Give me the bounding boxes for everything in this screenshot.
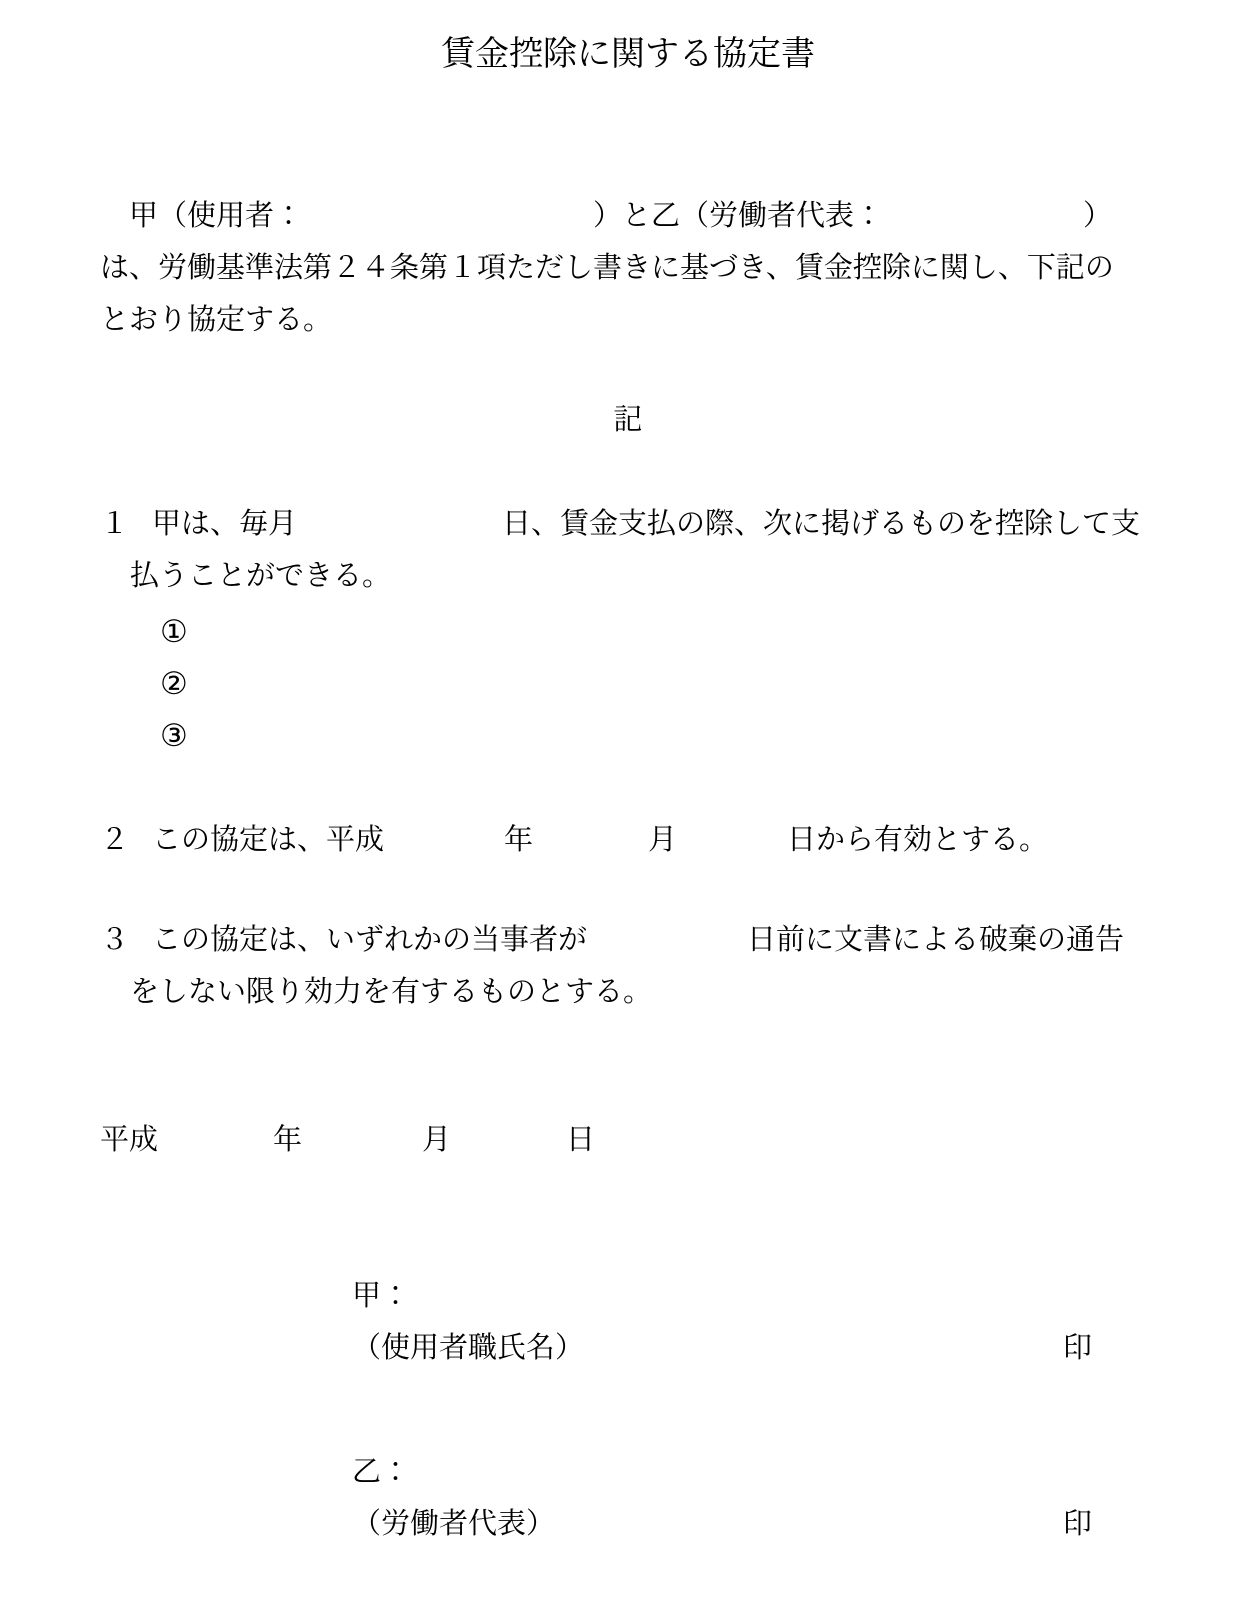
clause-3-line-2: をしない限り効力を有するものとする。 <box>100 966 1156 1018</box>
clause-2-text-tail: 日から有効とする。 <box>787 824 1048 856</box>
clause-1-text-pre: 甲は、毎月 <box>152 508 297 540</box>
blank-signing-month-field <box>302 1148 422 1149</box>
date-month-label: 月 <box>422 1124 451 1156</box>
clause-3-text-pre: この協定は、いずれかの当事者が <box>152 924 587 956</box>
era-label: 平成 <box>100 1124 158 1156</box>
intro-line-3: とおり協定する。 <box>100 294 1156 346</box>
party-b-seal-mark: 印 <box>1063 1498 1092 1550</box>
record-heading: 記 <box>100 394 1156 446</box>
party-a-signature-label: 甲： <box>352 1270 1092 1322</box>
deduction-item-1: ① <box>160 606 1156 658</box>
date-day-label: 日 <box>566 1124 595 1156</box>
party-a-employer-label: 甲（使用者： <box>129 200 303 232</box>
blank-notice-days-field <box>587 948 747 949</box>
intro-line-2: は、労働基準法第２４条第１項ただし書きに基づき、賃金控除に関し、下記の <box>100 242 1156 294</box>
blank-payday-field <box>297 532 502 533</box>
party-b-signature-label: 乙： <box>352 1446 1092 1498</box>
party-b-signature-row: （労働者代表） 印 <box>352 1498 1092 1550</box>
party-b-worker-rep-label: ）と乙（労働者代表： <box>593 200 883 232</box>
party-a-seal-mark: 印 <box>1063 1322 1092 1374</box>
clause-2-number: ２ <box>100 814 152 866</box>
clause-1-number: １ <box>100 498 152 550</box>
deduction-item-3: ③ <box>160 710 1156 762</box>
blank-effective-month-field <box>533 848 648 849</box>
deduction-item-list: ① ② ③ <box>160 606 1156 762</box>
blank-effective-day-field <box>677 848 787 849</box>
clause-2-line-1: ２この協定は、平成年月日から有効とする。 <box>100 814 1156 866</box>
blank-effective-year-field <box>384 848 504 849</box>
signing-date-line: 平成年月日 <box>100 1114 1156 1166</box>
clause-1-line-1: １甲は、毎月日、賃金支払の際、次に掲げるものを控除して支 <box>100 498 1156 550</box>
circled-2-marker: ② <box>160 666 188 701</box>
clause-3-text-post: 日前に文書による破棄の通告 <box>747 924 1124 956</box>
signature-block: 甲： （使用者職氏名） 印 乙： （労働者代表） 印 <box>352 1270 1092 1550</box>
intro-line-1: 甲（使用者：）と乙（労働者代表：） <box>100 190 1156 242</box>
circled-1-marker: ① <box>160 614 188 649</box>
blank-signing-day-field <box>451 1148 566 1149</box>
closing-paren: ） <box>1083 200 1112 232</box>
circled-3-marker: ③ <box>160 718 188 753</box>
blank-signing-year-field <box>158 1148 273 1149</box>
blank-worker-rep-name-field <box>883 224 1083 225</box>
clause-3-number: ３ <box>100 914 152 966</box>
clause-1: １甲は、毎月日、賃金支払の際、次に掲げるものを控除して支 払うことができる。 ①… <box>100 498 1156 762</box>
document-title: 賃金控除に関する協定書 <box>100 28 1156 82</box>
clause-3-line-1: ３この協定は、いずれかの当事者が日前に文書による破棄の通告 <box>100 914 1156 966</box>
clause-2-month-label: 月 <box>648 824 677 856</box>
agreement-document-page: 賃金控除に関する協定書 甲（使用者：）と乙（労働者代表：） は、労働基準法第２４… <box>0 0 1256 1614</box>
blank-employer-name-field <box>303 224 593 225</box>
clause-2-text-pre: この協定は、平成 <box>152 824 384 856</box>
clause-1-text-post: 日、賃金支払の際、次に掲げるものを控除して支 <box>502 508 1140 540</box>
clause-1-line-2: 払うことができる。 <box>100 550 1156 602</box>
deduction-item-2: ② <box>160 658 1156 710</box>
date-year-label: 年 <box>273 1124 302 1156</box>
party-a-signature-row: （使用者職氏名） 印 <box>352 1322 1092 1374</box>
clause-2: ２この協定は、平成年月日から有効とする。 <box>100 814 1156 866</box>
intro-paragraph: 甲（使用者：）と乙（労働者代表：） は、労働基準法第２４条第１項ただし書きに基づ… <box>100 190 1156 346</box>
clause-3: ３この協定は、いずれかの当事者が日前に文書による破棄の通告 をしない限り効力を有… <box>100 914 1156 1018</box>
party-a-role-label: （使用者職氏名） <box>352 1322 584 1374</box>
party-b-role-label: （労働者代表） <box>352 1498 555 1550</box>
clause-2-year-label: 年 <box>504 824 533 856</box>
